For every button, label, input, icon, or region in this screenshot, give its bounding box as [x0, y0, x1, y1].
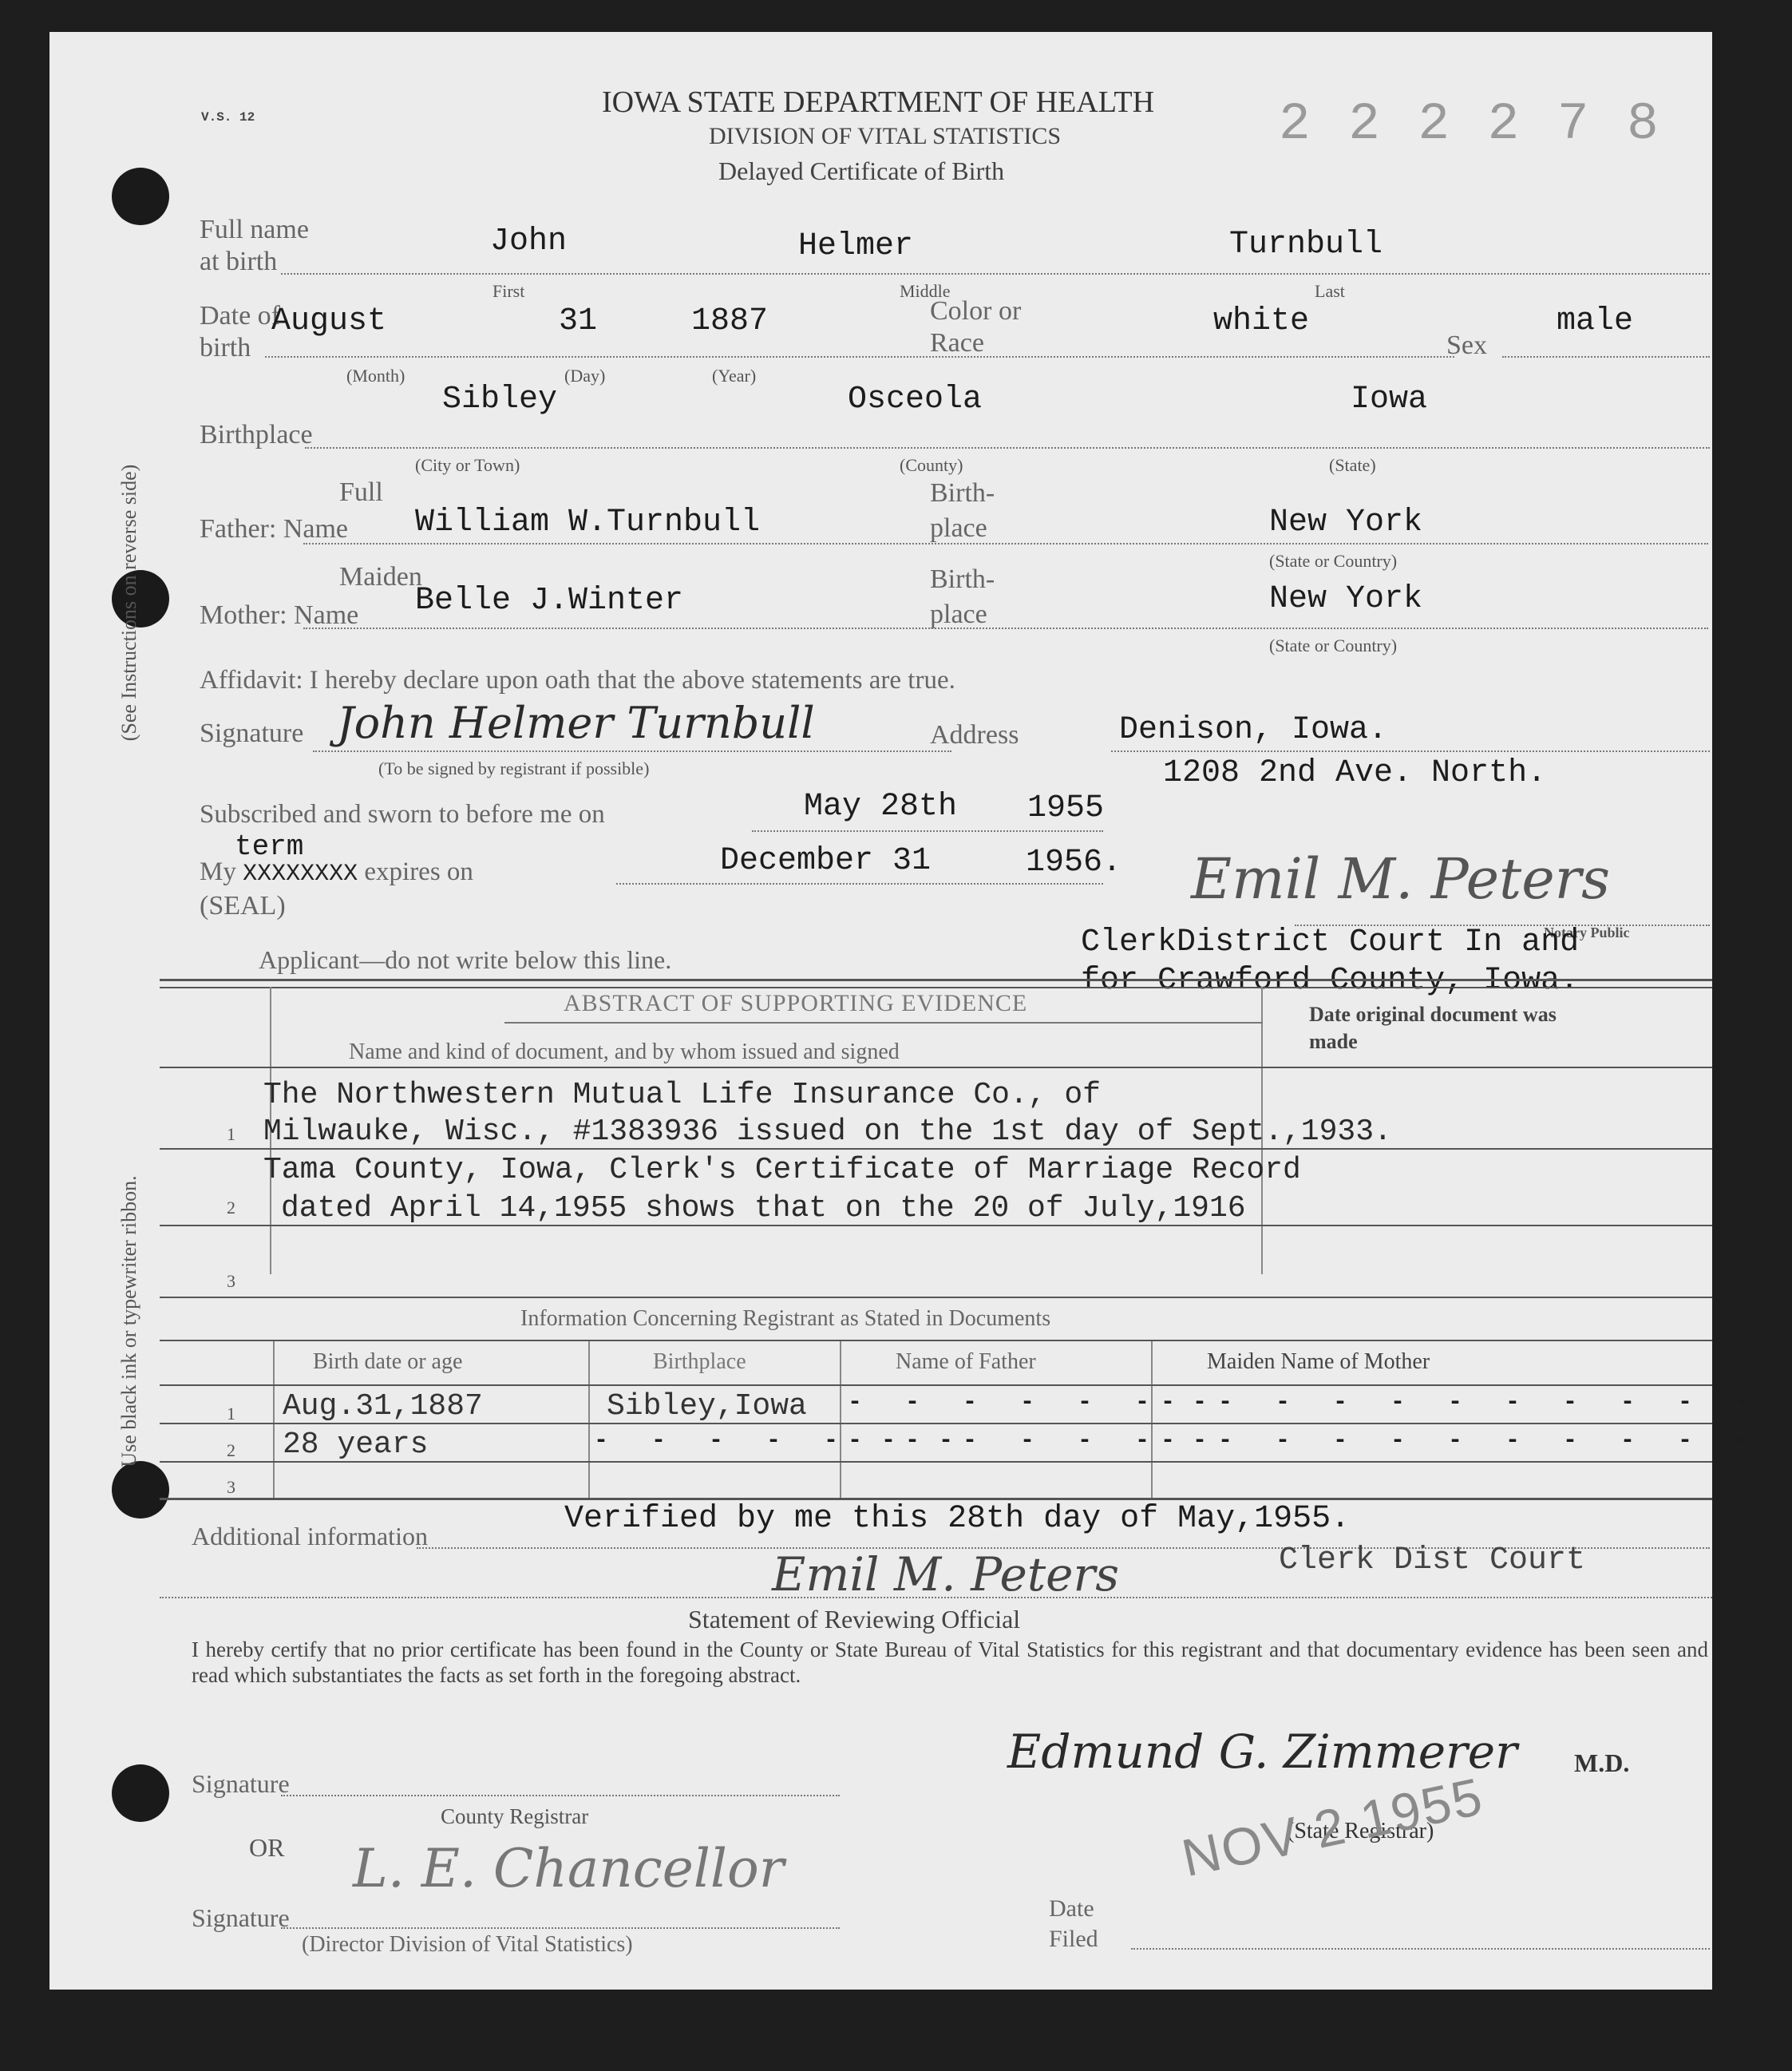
- county-signature-line: [281, 1795, 840, 1796]
- info-row-3-rule: [160, 1498, 1712, 1500]
- director-caption: (Director Division of Vital Statistics): [302, 1932, 633, 1958]
- last-name-value: Turnbull: [1229, 227, 1383, 263]
- abstract-row-1-number: 1: [227, 1124, 235, 1145]
- affidavit-statement: Affidavit: I hereby declare upon oath th…: [200, 666, 955, 695]
- md-label: M.D.: [1574, 1748, 1629, 1778]
- father-line: [303, 543, 1708, 544]
- sex-value: male: [1557, 303, 1633, 339]
- additional-info-label: Additional information: [192, 1522, 428, 1551]
- applicant-note: Applicant—do not write below this line.: [259, 945, 671, 975]
- expires-date-value: December 31: [720, 843, 931, 879]
- sworn-date-value: May 28th: [804, 789, 957, 825]
- commission-label: My XXXXXXXX expires on: [200, 857, 473, 888]
- form-title: Delayed Certificate of Birth: [718, 156, 1004, 186]
- race-value: white: [1213, 303, 1309, 339]
- margin-note-ink: Use black ink or typewriter ribbon.: [117, 1114, 141, 1529]
- info-col-divider-4: [1151, 1341, 1153, 1498]
- birth-city-value: Sibley: [442, 382, 557, 418]
- signature-caption: (To be signed by registrant if possible): [378, 758, 649, 779]
- abstract-row-2-rule: [160, 1225, 1712, 1226]
- reviewing-body: I hereby certify that no prior certifica…: [192, 1637, 1708, 1688]
- form-code: V.S. 12: [201, 110, 255, 125]
- reviewing-title: Statement of Reviewing Official: [688, 1605, 1020, 1634]
- date-filed-label: DateFiled: [1049, 1894, 1098, 1954]
- info-row-1-rule: [160, 1423, 1712, 1424]
- punch-hole-bottom: [112, 1764, 169, 1822]
- affidavit-signature-line: [313, 750, 951, 752]
- mother-birthplace-caption: (State or Country): [1269, 636, 1397, 656]
- registrant-signature: John Helmer Turnbull: [337, 698, 815, 748]
- affidavit-signature-label: Signature: [200, 719, 303, 749]
- expires-year-value: 1956.: [1026, 845, 1121, 881]
- abstract-top-rule: [160, 979, 1712, 981]
- mother-birthplace-label: Birth-place: [930, 562, 995, 632]
- director-signature-line: [281, 1927, 840, 1929]
- agency-title: IOWA STATE DEPARTMENT OF HEALTH: [602, 85, 1154, 120]
- state-caption: (State): [1329, 455, 1376, 476]
- sex-line: [1502, 356, 1710, 358]
- clerk-title: Clerk Dist Court: [1279, 1542, 1585, 1578]
- city-caption: (City or Town): [415, 455, 520, 476]
- first-caption: First: [493, 281, 524, 302]
- sworn-year-value: 1955: [1027, 790, 1104, 826]
- county-caption: (County): [900, 455, 963, 476]
- certificate-page: (See Instructions on reverse side) Use b…: [49, 32, 1712, 1990]
- race-label: Color orRace: [930, 295, 1021, 359]
- info-header-father: Name of Father: [896, 1349, 1036, 1375]
- last-caption: Last: [1315, 281, 1345, 302]
- birth-county-value: Osceola: [848, 382, 982, 418]
- notary-title-line1: ClerkDistrict Court In and: [1081, 925, 1579, 960]
- info-table-title: Information Concerning Registrant as Sta…: [520, 1306, 1050, 1332]
- dob-label: Date ofbirth: [200, 300, 280, 364]
- abstract-col-document: Name and kind of document, and by whom i…: [349, 1039, 900, 1065]
- state-registrar-signature: Edmund G. Zimmerer: [1007, 1725, 1517, 1779]
- date-filed-line: [1131, 1948, 1710, 1950]
- mother-birthplace-value: New York: [1269, 581, 1422, 617]
- clerk-signature: Emil M. Peters: [772, 1547, 1119, 1602]
- abstract-row-1-rule: [160, 1148, 1712, 1150]
- info-header-birth: Birth date or age: [313, 1349, 462, 1375]
- director-signature: L. E. Chancellor: [353, 1838, 784, 1899]
- info-col-divider-2: [588, 1341, 590, 1498]
- division-title: DIVISION OF VITAL STATISTICS: [709, 123, 1061, 150]
- info-row-2-birth: 28 years: [283, 1428, 428, 1462]
- info-header-birthplace: Birthplace: [653, 1349, 746, 1375]
- notary-signature: Emil M. Peters: [1191, 846, 1610, 912]
- mother-label: Mother: Name: [200, 600, 358, 631]
- additional-info-line-2: [160, 1597, 1712, 1598]
- filed-date-stamp: NOV 2 1955: [1177, 1765, 1489, 1888]
- birth-day-value: 31: [559, 303, 597, 339]
- seal-label: (SEAL): [200, 891, 286, 921]
- address-line1-value: Denison, Iowa.: [1119, 712, 1387, 748]
- mother-name-value: Belle J.Winter: [415, 583, 683, 619]
- info-row-3-number: 3: [227, 1477, 235, 1498]
- day-caption: (Day): [564, 366, 605, 386]
- abstract-row-1-line2: Milwauke, Wisc., #1383936 issued on the …: [263, 1115, 1392, 1149]
- full-name-label: Full nameat birth: [200, 214, 309, 278]
- punch-hole-top: [112, 168, 169, 225]
- abstract-row-2-line2: dated April 14,1955 shows that on the 20…: [281, 1191, 1246, 1226]
- sworn-label: Subscribed and sworn to before me on: [200, 800, 605, 830]
- father-name-value: William W.Turnbull: [415, 505, 760, 541]
- info-col-divider-3: [840, 1341, 841, 1498]
- abstract-top-rule-2: [160, 987, 1712, 988]
- info-row-2-rule: [160, 1461, 1712, 1463]
- abstract-row-1-line1: The Northwestern Mutual Life Insurance C…: [263, 1078, 1101, 1112]
- mother-line: [303, 628, 1708, 629]
- address-label: Address: [930, 720, 1019, 750]
- info-row-1-number: 1: [227, 1404, 235, 1424]
- father-birthplace-label: Birth-place: [930, 476, 995, 546]
- verified-statement: Verified by me this 28th day of May,1955…: [564, 1501, 1350, 1537]
- birth-year-value: 1887: [691, 303, 768, 339]
- mother-name-prefix: Maiden: [339, 562, 422, 592]
- full-name-line: [281, 273, 1710, 275]
- info-col-divider-1: [273, 1341, 275, 1498]
- year-caption: (Year): [712, 366, 756, 386]
- info-row-2-mother: - - - - - - - - - - - -: [1161, 1428, 1792, 1455]
- county-registrar-label: County Registrar: [441, 1804, 588, 1829]
- info-row-1-mother: - - - - - - - - - - -: [1161, 1389, 1764, 1416]
- address-line2-value: 1208 2nd Ave. North.: [1163, 755, 1546, 791]
- abstract-row-2-number: 2: [227, 1198, 235, 1218]
- info-row-1-birth: Aug.31,1887: [283, 1389, 483, 1424]
- middle-name-value: Helmer: [798, 228, 913, 264]
- birthplace-label: Birthplace: [200, 420, 313, 450]
- abstract-row-3-rule: [160, 1297, 1712, 1298]
- abstract-title: ABSTRACT OF SUPPORTING EVIDENCE: [564, 990, 1027, 1017]
- abstract-col-date: Date original document was made: [1309, 1001, 1580, 1055]
- info-header-top-rule: [160, 1340, 1712, 1341]
- father-birthplace-caption: (State or Country): [1269, 551, 1397, 572]
- birth-state-value: Iowa: [1351, 382, 1427, 418]
- father-birthplace-value: New York: [1269, 505, 1422, 541]
- dob-line: [265, 356, 1454, 358]
- birth-month-value: August: [271, 303, 386, 339]
- abstract-title-underline: [504, 1022, 1263, 1024]
- month-caption: (Month): [346, 366, 405, 386]
- abstract-row-2-line1: Tama County, Iowa, Clerk's Certificate o…: [263, 1153, 1301, 1187]
- abstract-header-rule: [160, 1067, 1712, 1068]
- director-signature-label: Signature: [192, 1903, 290, 1933]
- certificate-number: 2 2 2 2 7 8: [1279, 94, 1662, 154]
- info-row-1-birthplace: Sibley,Iowa: [607, 1389, 807, 1424]
- birthplace-line: [305, 447, 1710, 449]
- sworn-line: [752, 830, 1103, 832]
- info-row-2-number: 2: [227, 1440, 235, 1461]
- abstract-row-3-number: 3: [227, 1271, 235, 1292]
- expires-line: [616, 883, 1103, 885]
- father-name-prefix: Full: [339, 477, 383, 508]
- info-header-mother: Maiden Name of Mother: [1207, 1349, 1430, 1375]
- county-signature-label: Signature: [192, 1769, 290, 1799]
- father-label: Father: Name: [200, 514, 348, 544]
- info-header-rule: [160, 1384, 1712, 1386]
- or-label: OR: [249, 1833, 284, 1863]
- address-line: [1111, 750, 1710, 752]
- first-name-value: John: [490, 224, 567, 259]
- margin-note-instructions: (See Instructions on reverse side): [117, 403, 141, 802]
